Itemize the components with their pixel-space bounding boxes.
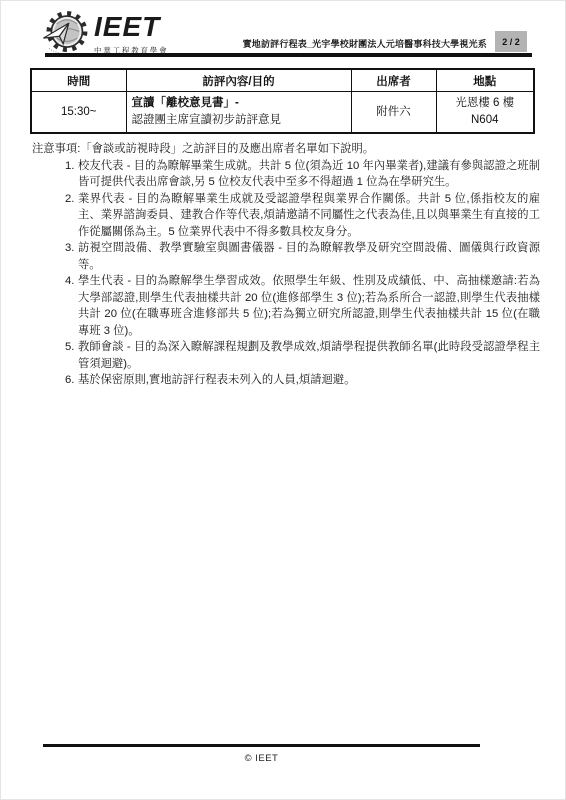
list-item-number: 4. [65, 273, 74, 290]
notes-list: 1. 校友代表 - 目的為瞭解畢業生成就。共計 5 位(須為近 10 年內畢業者… [30, 158, 540, 389]
ieet-logo: IEET 中華工程教育學會 [41, 9, 168, 56]
list-item: 6. 基於保密原則,實地訪評行程表未列入的人員,煩請迴避。 [65, 372, 540, 389]
logo-text-block: IEET 中華工程教育學會 [94, 9, 168, 56]
logo-acronym: IEET [94, 13, 168, 41]
cell-content-title: 宣讀「離校意見書」- [132, 95, 348, 112]
cell-content: 宣讀「離校意見書」- 認證團主席宣讀初步訪評意見 [126, 92, 351, 134]
page-number-badge: 2 / 2 [495, 31, 527, 52]
list-item-number: 2. [65, 191, 74, 208]
cell-location-line1: 光恩樓 6 樓 [440, 95, 531, 112]
list-item-text: 校友代表 - 目的為瞭解畢業生成就。共計 5 位(須為近 10 年內畢業者),建… [78, 160, 540, 189]
cell-attendees: 附件六 [351, 92, 436, 134]
column-header-content: 訪評內容/目的 [126, 69, 351, 92]
list-item: 3. 訪視空間設備、教學實驗室與圖書儀器 - 目的為瞭解教學及研究空間設備、圖儀… [65, 240, 540, 273]
copyright-notice: © IEET [43, 753, 480, 764]
table-row: 15:30~ 宣讀「離校意見書」- 認證團主席宣讀初步訪評意見 附件六 光恩樓 … [31, 92, 534, 134]
cell-time: 15:30~ [31, 92, 126, 134]
header-divider [45, 53, 532, 57]
list-item-text: 訪視空間設備、教學實驗室與圖書儀器 - 目的為瞭解教學及研究空間設備、圖儀與行政… [78, 242, 540, 271]
list-item: 4. 學生代表 - 目的為瞭解學生學習成效。依照學生年級、性別及成績低、中、高抽… [65, 273, 540, 339]
cell-location-line2: N604 [440, 112, 531, 129]
list-item-number: 3. [65, 240, 74, 257]
cell-location: 光恩樓 6 樓 N604 [436, 92, 534, 134]
column-header-time: 時間 [31, 69, 126, 92]
schedule-table: 時間 訪評內容/目的 出席者 地點 15:30~ 宣讀「離校意見書」- 認證團主… [30, 68, 535, 134]
list-item-text: 教師會談 - 目的為深入瞭解課程規劃及教學成效,煩請學程提供教師名單(此時段受認… [78, 341, 540, 370]
list-item-number: 6. [65, 372, 74, 389]
notes-section: 注意事項:「會談或訪視時段」之訪評目的及應出席者名單如下說明。 1. 校友代表 … [30, 141, 540, 389]
list-item-text: 基於保密原則,實地訪評行程表未列入的人員,煩請迴避。 [78, 374, 355, 386]
footer-divider [43, 744, 480, 747]
table-header-row: 時間 訪評內容/目的 出席者 地點 [31, 69, 534, 92]
list-item: 2. 業界代表 - 目的為瞭解畢業生成就及受認證學程與業界合作關係。共計 5 位… [65, 191, 540, 241]
list-item-text: 業界代表 - 目的為瞭解畢業生成就及受認證學程與業界合作關係。共計 5 位,係指… [78, 193, 540, 238]
list-item: 5. 教師會談 - 目的為深入瞭解課程規劃及教學成效,煩請學程提供教師名單(此時… [65, 339, 540, 372]
list-item-text: 學生代表 - 目的為瞭解學生學習成效。依照學生年級、性別及成績低、中、高抽樣邀請… [78, 275, 540, 337]
list-item: 1. 校友代表 - 目的為瞭解畢業生成就。共計 5 位(須為近 10 年內畢業者… [65, 158, 540, 191]
list-item-number: 5. [65, 339, 74, 356]
column-header-location: 地點 [436, 69, 534, 92]
list-item-number: 1. [65, 158, 74, 175]
column-header-attendees: 出席者 [351, 69, 436, 92]
ieet-gear-globe-icon [41, 9, 91, 56]
notes-intro: 注意事項:「會談或訪視時段」之訪評目的及應出席者名單如下說明。 [32, 141, 540, 158]
document-page: IEET 中華工程教育學會 實地訪評行程表_光宇學校財團法人元培醫事科技大學視光… [0, 0, 566, 800]
cell-content-subtitle: 認證團主席宣讀初步訪評意見 [132, 112, 348, 129]
document-title: 實地訪評行程表_光宇學校財團法人元培醫事科技大學視光系 [243, 37, 487, 50]
